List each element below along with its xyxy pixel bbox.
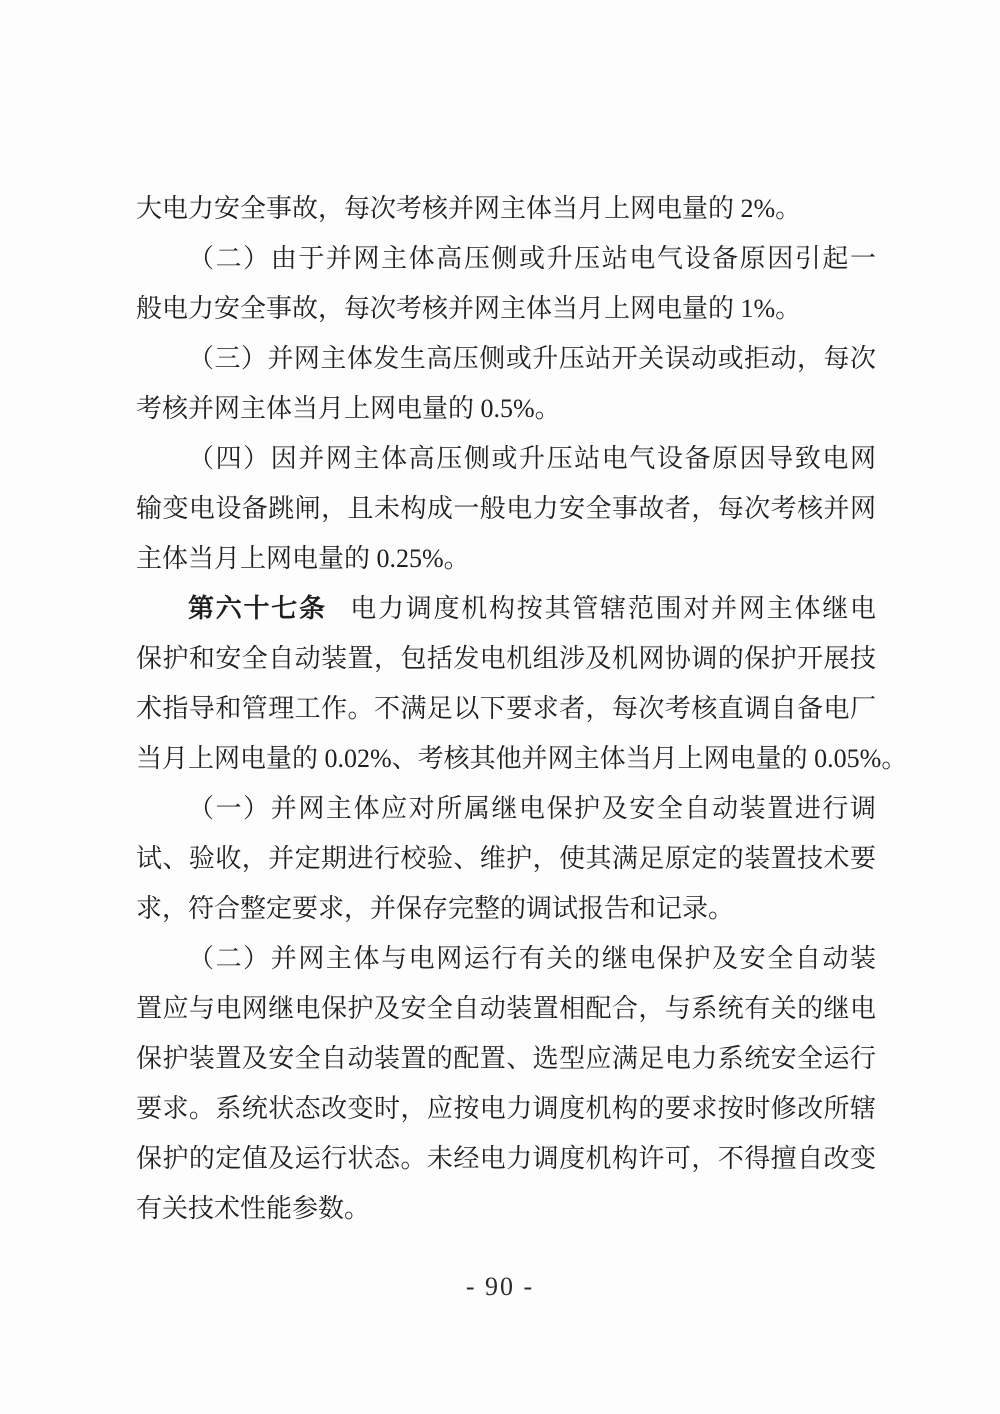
page-number: - 90 - xyxy=(466,1272,534,1301)
article-text: 电力调度机构按其管辖范围对并网主体继电 xyxy=(350,594,876,623)
body-line: 要求。系统状态改变时，应按电力调度机构的要求按时修改所辖 xyxy=(136,1084,876,1134)
body-line: （三）并网主体发生高压侧或升压站开关误动或拒动，每次 xyxy=(136,334,876,384)
body-line: 当月上网电量的 0.02%、考核其他并网主体当月上网电量的 0.05%。 xyxy=(136,734,876,784)
body-line: 术指导和管理工作。不满足以下要求者，每次考核直调自备电厂 xyxy=(136,684,876,734)
body-line: 保护装置及安全自动装置的配置、选型应满足电力系统安全运行 xyxy=(136,1034,876,1084)
body-line: 有关技术性能参数。 xyxy=(136,1184,876,1234)
body-line: 般电力安全事故，每次考核并网主体当月上网电量的 1%。 xyxy=(136,284,876,334)
body-line: 试、验收，并定期进行校验、维护，使其满足原定的装置技术要 xyxy=(136,834,876,884)
document-page: 大电力安全事故，每次考核并网主体当月上网电量的 2%。 （二）由于并网主体高压侧… xyxy=(0,0,1000,1414)
document-body: 大电力安全事故，每次考核并网主体当月上网电量的 2%。 （二）由于并网主体高压侧… xyxy=(136,184,876,1234)
body-line: 主体当月上网电量的 0.25%。 xyxy=(136,534,876,584)
article-67-heading-line: 第六十七条电力调度机构按其管辖范围对并网主体继电 xyxy=(136,584,876,634)
body-line: 求，符合整定要求，并保存完整的调试报告和记录。 xyxy=(136,884,876,934)
body-line: 置应与电网继电保护及安全自动装置相配合，与系统有关的继电 xyxy=(136,984,876,1034)
body-line: （四）因并网主体高压侧或升压站电气设备原因导致电网 xyxy=(136,434,876,484)
body-line: （二）并网主体与电网运行有关的继电保护及安全自动装 xyxy=(136,934,876,984)
body-line: （二）由于并网主体高压侧或升压站电气设备原因引起一 xyxy=(136,234,876,284)
body-line: 输变电设备跳闸，且未构成一般电力安全事故者，每次考核并网 xyxy=(136,484,876,534)
body-line: 保护的定值及运行状态。未经电力调度机构许可，不得擅自改变 xyxy=(136,1134,876,1184)
article-number: 第六十七条 xyxy=(188,594,327,623)
body-line: 保护和安全自动装置，包括发电机组涉及机网协调的保护开展技 xyxy=(136,634,876,684)
body-line: 大电力安全事故，每次考核并网主体当月上网电量的 2%。 xyxy=(136,184,876,234)
body-line: （一）并网主体应对所属继电保护及安全自动装置进行调 xyxy=(136,784,876,834)
page-footer: - 90 - xyxy=(0,1262,1000,1312)
body-line: 考核并网主体当月上网电量的 0.5%。 xyxy=(136,384,876,434)
